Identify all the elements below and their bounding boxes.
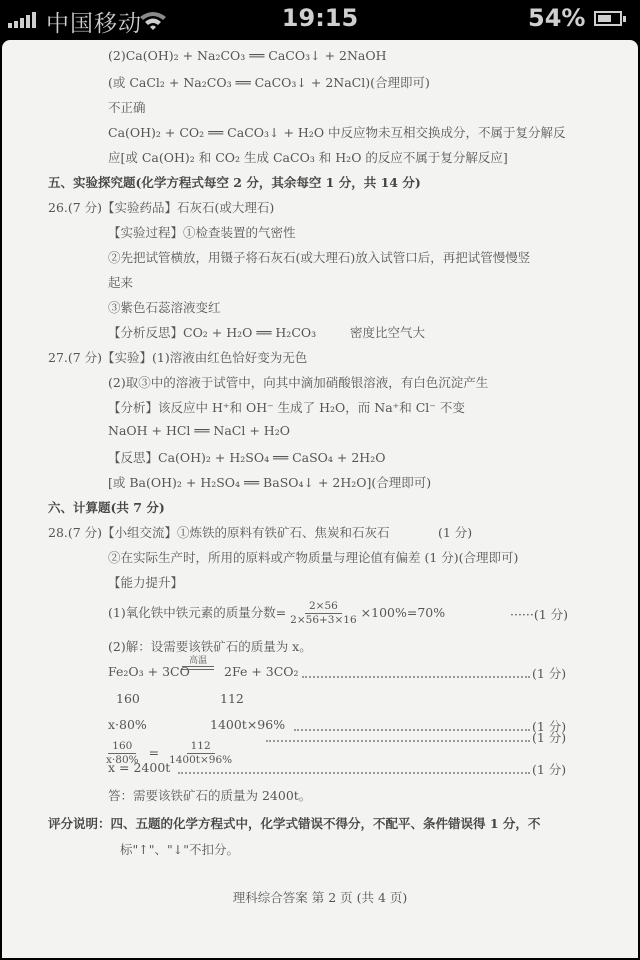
q28-step-2: ②在实际生产时，所用的原料或产物质量与理论值有偏差 (1 分)(合理即可)	[108, 548, 518, 566]
leader-dots	[294, 729, 530, 731]
q25-judgement: 不正确	[108, 98, 146, 116]
q26-analysis-extra: 密度比空气大	[350, 323, 425, 341]
q25-reason-2: 应[或 Ca(OH)₂ 和 CO₂ 生成 CaCO₃ 和 H₂O 的反应不属于复…	[108, 148, 508, 166]
q28-part-1-prefix: (1)氧化铁中铁元素的质量分数=	[108, 605, 286, 620]
q27-step-2: (2)取③中的溶液于试管中，向其中滴加硝酸银溶液，有白色沉淀产生	[108, 373, 488, 391]
battery-icon	[594, 11, 622, 26]
q27-equation: NaOH + HCl ══ NaCl + H₂O	[108, 423, 290, 438]
q26-step-2a: ②先把试管横放，用镊子将石灰石(或大理石)放入试管口后，再把试管慢慢竖	[108, 248, 530, 266]
battery-percent: 54%	[528, 4, 585, 32]
scoring-note-text: 评分说明：四、五题的化学方程式中，化学式错误不得分，不配平、条件错误得 1 分，…	[48, 816, 540, 831]
section-6-title: 六、计算题(共 7 分)	[48, 498, 165, 516]
q27-reflect: 【反思】Ca(OH)₂ + H₂SO₄ ══ CaSO₄ + 2H₂O	[108, 448, 385, 466]
reaction-score: (1 分)	[532, 664, 566, 682]
ratio-right-numerator: 112	[187, 740, 215, 754]
scoring-note-1: 评分说明：四、五题的化学方程式中，化学式错误不得分，不配平、条件错误得 1 分，…	[48, 814, 540, 832]
q26-step-3: ③紫色石蕊溶液变红	[108, 298, 221, 316]
ratio-right: 112 1400t×96%	[169, 740, 232, 767]
leader-dots	[302, 676, 530, 678]
q27-head: 27.(7 分)【实验】(1)溶液由红色恰好变为无色	[48, 348, 307, 366]
section-5-title: 五、实验探究题(化学方程式每空 2 分，其余每空 1 分，共 14 分)	[48, 173, 421, 191]
q25-equation-1: (2)Ca(OH)₂ + Na₂CO₃ ══ CaCO₃↓ + 2NaOH	[108, 48, 387, 63]
q25-equation-2: (或 CaCl₂ + Na₂CO₃ ══ CaCO₃↓ + 2NaCl)(合理即…	[108, 73, 430, 91]
ratio-left-numerator: 160	[108, 740, 136, 754]
q28-head: 28.(7 分)【小组交流】①炼铁的原料有铁矿石、焦炭和石灰石	[48, 523, 390, 541]
q26-head: 26.(7 分)【实验药品】石灰石(或大理石)	[48, 198, 274, 216]
q28-part-1: (1)氧化铁中铁元素的质量分数= 2×56 2×56+3×16 ×100%=70…	[108, 600, 445, 627]
q26-step-2b: 起来	[108, 273, 133, 291]
condition-label: 高温	[189, 656, 207, 666]
q27-analysis: 【分析】该反应中 H⁺和 OH⁻ 生成了 H₂O，而 Na⁺和 Cl⁻ 不变	[108, 398, 465, 416]
leader-dots	[178, 772, 530, 774]
fraction-numerator: 2×56	[305, 600, 342, 614]
q26-process: 【实验过程】①检查装置的气密性	[108, 223, 296, 241]
q25-reason-1: Ca(OH)₂ + CO₂ ══ CaCO₃↓ + H₂O 中反应物未互相交换成…	[108, 123, 566, 141]
reaction-condition: 高温	[178, 654, 218, 670]
molar-mass-fe2o3: 160	[116, 691, 140, 706]
fraction-denominator: 2×56+3×16	[290, 614, 356, 627]
scoring-note-2: 标"↑"、"↓"不扣分。	[120, 840, 239, 858]
answer: 答：需要该铁矿石的质量为 2400t。	[108, 786, 311, 804]
equals-sign: =	[149, 745, 159, 760]
q28-part-1-score: ······(1 分)	[510, 605, 568, 623]
mass-fraction: 2×56 2×56+3×16	[290, 600, 356, 627]
q28-part-1-suffix: ×100%=70%	[361, 605, 445, 620]
document-page[interactable]: (2)Ca(OH)₂ + Na₂CO₃ ══ CaCO₃↓ + 2NaOH (或…	[2, 40, 638, 958]
q28-ability: 【能力提升】	[108, 573, 183, 591]
reaction-products: 2Fe + 3CO₂	[224, 664, 299, 679]
q27-reflect-alt: [或 Ba(OH)₂ + H₂SO₄ ══ BaSO₄↓ + 2H₂O](合理即…	[108, 473, 431, 491]
leader-dots	[266, 740, 530, 742]
page-footer: 理科综合答案 第 2 页 (共 4 页)	[2, 888, 638, 906]
ratio-right-denominator: 1400t×96%	[169, 754, 232, 767]
q26-analysis: 【分析反思】CO₂ + H₂O ══ H₂CO₃	[108, 323, 316, 341]
result-score: (1 分)	[532, 760, 566, 778]
status-bar: 中国移动 19:15 54%	[0, 0, 640, 40]
q28-head-score: (1 分)	[438, 523, 472, 541]
value-x: x·80%	[108, 717, 147, 732]
molar-mass-fe: 112	[220, 691, 244, 706]
result: x = 2400t	[108, 760, 170, 775]
ratio-score: (1 分)	[532, 728, 566, 746]
value-iron: 1400t×96%	[210, 717, 285, 732]
